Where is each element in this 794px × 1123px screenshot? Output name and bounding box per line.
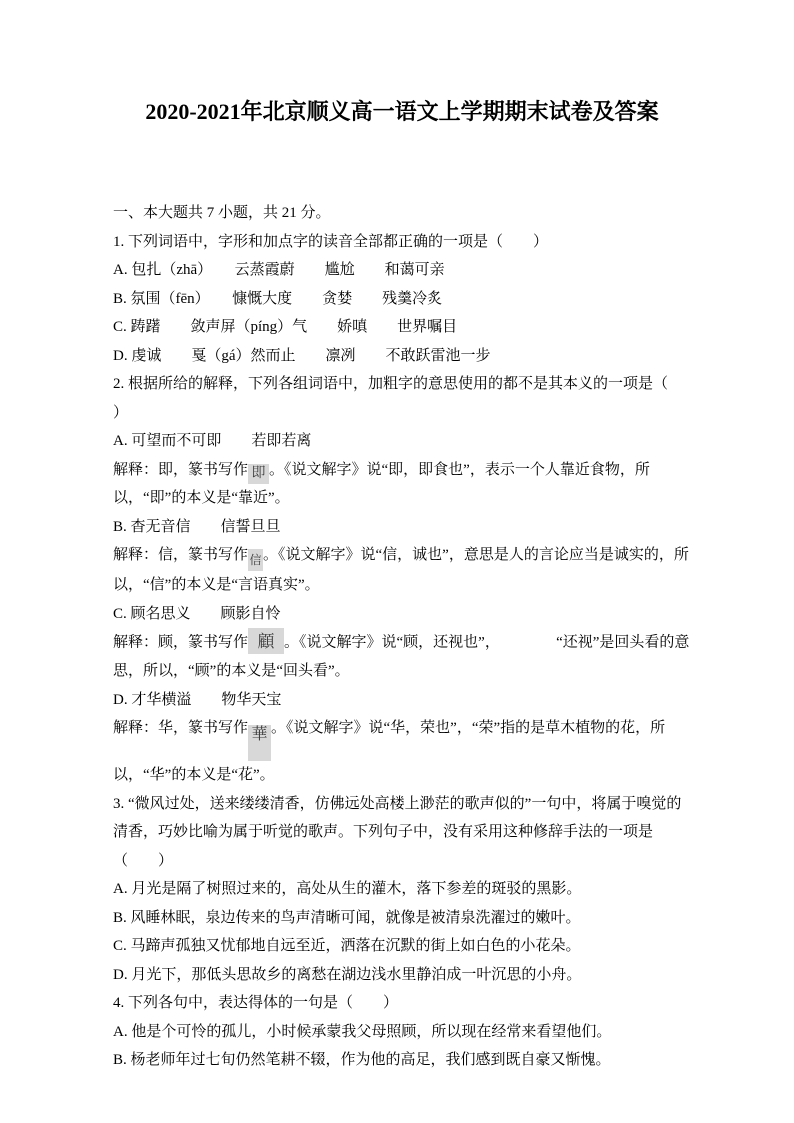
question-2-option-c: C. 顾名思义 顾影自怜 xyxy=(113,600,691,629)
explanation-text-before: 解释：华，篆书写作 xyxy=(113,720,248,736)
question-1-option-d: D. 虔诚 戛（gá）然而止 凛冽 不敢跃雷池一步 xyxy=(113,342,691,371)
page-title: 2020-2021年北京顺义高一语文上学期期末试卷及答案 xyxy=(113,97,691,126)
question-2-stem: 2. 根据所给的解释，下列各组词语中，加粗字的意思使用的都不是其本义的一项是（ xyxy=(113,370,691,399)
seal-script-image-hua: 華 xyxy=(248,725,271,761)
section-header: 一、本大题共 7 小题，共 21 分。 xyxy=(113,199,691,228)
question-3-option-c: C. 马蹄声孤独又忧郁地自远至近，洒落在沉默的街上如白色的小花朵。 xyxy=(113,932,691,961)
question-2-explanation-b: 解释：信，篆书写作信。《说文解字》说“信，诚也”，意思是人的言论应当是诚实的，所… xyxy=(113,541,691,600)
question-1-option-a: A. 包扎（zhā） 云蒸霞蔚 尴尬 和蔼可亲 xyxy=(113,256,691,285)
question-2-option-d: D. 才华横溢 物华天宝 xyxy=(113,686,691,715)
seal-script-image-gu: 顧 xyxy=(248,628,284,654)
question-1-option-b: B. 氛围（fēn） 慷慨大度 贪婪 残羹冷炙 xyxy=(113,285,691,314)
question-2-option-b: B. 杳无音信 信誓旦旦 xyxy=(113,513,691,542)
seal-glyph: 華 xyxy=(252,727,268,743)
question-2-stem-close-paren: ） xyxy=(113,399,691,428)
document-page: 2020-2021年北京顺义高一语文上学期期末试卷及答案 一、本大题共 7 小题… xyxy=(0,0,794,1123)
question-3-option-d: D. 月光下，那低头思故乡的离愁在湖边浅水里静泊成一叶沉思的小舟。 xyxy=(113,961,691,990)
explanation-text-before: 解释：信，篆书写作 xyxy=(113,547,248,563)
question-4-stem: 4. 下列各句中，表达得体的一句是（ ） xyxy=(113,989,691,1018)
question-1-option-c: C. 踌躇 敛声屏（píng）气 娇嗔 世界嘱目 xyxy=(113,313,691,342)
question-2-explanation-d: 解释：华，篆书写作華。《说文解字》说“华，荣也”，“荣”指的是草木植物的花，所以… xyxy=(113,714,691,790)
question-3-option-a: A. 月光是隔了树照过来的，高处从生的灌木，落下参差的斑驳的黑影。 xyxy=(113,875,691,904)
seal-script-image-xin: 信 xyxy=(248,549,263,571)
seal-glyph: 即 xyxy=(252,467,266,481)
question-3-stem: 3. “微风过处，送来缕缕清香，仿佛远处高楼上渺茫的歌声似的”一句中，将属于嗅觉… xyxy=(113,790,691,876)
explanation-text-before: 解释：顾，篆书写作 xyxy=(113,635,248,651)
question-2-explanation-a: 解释：即，篆书写作即。《说文解字》说“即，即食也”，表示一个人靠近食物，所以，“… xyxy=(113,456,691,513)
seal-script-image-ji: 即 xyxy=(248,464,269,484)
question-1-stem: 1. 下列词语中，字形和加点字的读音全部都正确的一项是（ ） xyxy=(113,228,691,257)
question-3-option-b: B. 风睡林眠，泉边传来的鸟声清晰可闻，就像是被清泉洗濯过的嫩叶。 xyxy=(113,904,691,933)
seal-glyph: 顧 xyxy=(258,633,275,650)
explanation-text-before: 解释：即，篆书写作 xyxy=(113,462,248,478)
question-2-explanation-c: 解释：顾，篆书写作顧。《说文解字》说“顾，还视也”， “还视”是回头看的意思，所… xyxy=(113,628,691,686)
question-4-option-b: B. 杨老师年过七旬仍然笔耕不辍，作为他的高足，我们感到既自豪又惭愧。 xyxy=(113,1046,691,1075)
question-2-option-a: A. 可望而不可即 若即若离 xyxy=(113,427,691,456)
seal-glyph: 信 xyxy=(250,554,262,566)
document-content: 2020-2021年北京顺义高一语文上学期期末试卷及答案 一、本大题共 7 小题… xyxy=(113,97,691,1075)
question-4-option-a: A. 他是个可怜的孤儿，小时候承蒙我父母照顾，所以现在经常来看望他们。 xyxy=(113,1018,691,1047)
